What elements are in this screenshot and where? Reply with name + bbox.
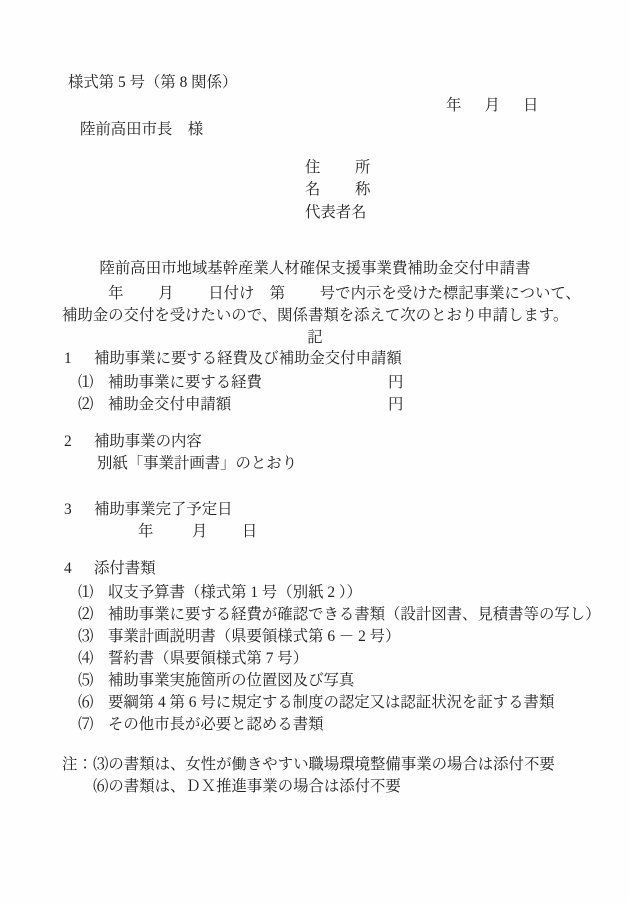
- form-number: 様式第 5 号（第 8 関係）: [68, 72, 237, 94]
- list-item-marker: ⑺: [78, 714, 93, 736]
- footnote-text: ⑶の書類は、女性が働きやすい職場環境整備事業の場合は添付不要: [93, 754, 555, 776]
- currency-unit-label: 円: [388, 372, 403, 394]
- section-number: 1: [64, 348, 72, 370]
- list-item-text: 補助事業に要する経費: [108, 372, 262, 394]
- section-heading: 補助事業完了予定日: [94, 499, 233, 521]
- section-4-item-5: ⑸ 補助事業実施箇所の位置図及び写真: [0, 670, 630, 692]
- section-1-item-2: ⑵ 補助金交付申請額 円: [0, 394, 630, 416]
- list-item-marker: ⑴: [78, 372, 93, 394]
- addressee: 陸前高田市長 様: [80, 119, 203, 141]
- section-heading: 添付書類: [94, 558, 156, 580]
- document-title: 陸前高田市地域基幹産業人材確保支援事業費補助金交付申請書: [0, 258, 630, 280]
- section-number: 2: [64, 431, 72, 453]
- list-item-marker: ⑸: [78, 670, 93, 692]
- list-item-text: その他市長が必要と認める書類: [108, 714, 323, 736]
- list-item-text: 事業計画説明書（県要領様式第 6 － 2 号）: [108, 626, 400, 648]
- footnote-line-2: ⑹の書類は、ＤＸ推進事業の場合は添付不要: [93, 776, 401, 798]
- currency-unit-label: 円: [388, 394, 403, 416]
- applicant-representative-label: 代表者名: [305, 202, 367, 224]
- application-form-page: 様式第 5 号（第 8 関係） 年 月 日 陸前高田市長 様 住 所 名 称 代…: [0, 0, 630, 903]
- section-4-heading-row: 4 添付書類: [0, 558, 630, 580]
- list-item-text: 補助金交付申請額: [108, 394, 231, 416]
- list-item-text: 要綱第 4 第 6 号に規定する制度の認定又は認証状況を証する書類: [108, 692, 554, 714]
- section-4-item-3: ⑶ 事業計画説明書（県要領様式第 6 － 2 号）: [0, 626, 630, 648]
- section-number: 3: [64, 499, 72, 521]
- section-1-heading-row: 1 補助事業に要する経費及び補助金交付申請額: [0, 348, 630, 370]
- applicant-name-label: 名 称: [305, 179, 370, 201]
- list-item-text: 補助事業実施箇所の位置図及び写真: [108, 670, 354, 692]
- section-4-item-2: ⑵ 補助事業に要する経費が確認できる書類（設計図書、見積書等の写し）: [0, 604, 630, 626]
- section-heading: 補助事業に要する経費及び補助金交付申請額: [94, 348, 402, 370]
- footnote-prefix: 注：: [62, 754, 93, 776]
- footnote-line-1: 注： ⑶の書類は、女性が働きやすい職場環境整備事業の場合は添付不要: [0, 754, 630, 776]
- issue-date-line: 年 月 日: [446, 95, 538, 117]
- section-3-heading-row: 3 補助事業完了予定日: [0, 499, 630, 521]
- applicant-address-label: 住 所: [305, 157, 370, 179]
- section-4-item-6: ⑹ 要綱第 4 第 6 号に規定する制度の認定又は認証状況を証する書類: [0, 692, 630, 714]
- list-item-text: 収支予算書（様式第 1 号（別紙 2 ））: [108, 582, 362, 604]
- list-item-text: 補助事業に要する経費が確認できる書類（設計図書、見積書等の写し）: [108, 604, 601, 626]
- section-heading: 補助事業の内容: [94, 431, 202, 453]
- record-marker: 記: [0, 327, 630, 349]
- section-4-item-7: ⑺ その他市長が必要と認める書類: [0, 714, 630, 736]
- list-item-marker: ⑷: [78, 648, 93, 670]
- section-1-item-1: ⑴ 補助事業に要する経費 円: [0, 372, 630, 394]
- section-3-completion-date-line: 年 月 日: [138, 521, 257, 543]
- section-number: 4: [64, 558, 72, 580]
- body-paragraph-line2: 補助金の交付を受けたいので、関係書類を添えて次のとおり申請します。: [62, 305, 568, 327]
- list-item-marker: ⑵: [78, 604, 93, 626]
- section-2-heading-row: 2 補助事業の内容: [0, 431, 630, 453]
- list-item-marker: ⑴: [78, 582, 93, 604]
- section-4-item-1: ⑴ 収支予算書（様式第 1 号（別紙 2 ））: [0, 582, 630, 604]
- section-4-item-4: ⑷ 誓約書（県要領様式第 7 号）: [0, 648, 630, 670]
- list-item-marker: ⑹: [78, 692, 93, 714]
- list-item-marker: ⑶: [78, 626, 93, 648]
- section-2-detail: 別紙「事業計画書」のとおり: [97, 453, 297, 475]
- list-item-text: 誓約書（県要領様式第 7 号）: [108, 648, 308, 670]
- body-paragraph-line1: 年 月 日付け 第 号で内示を受けた標記事業について、: [62, 283, 581, 305]
- list-item-marker: ⑵: [78, 394, 93, 416]
